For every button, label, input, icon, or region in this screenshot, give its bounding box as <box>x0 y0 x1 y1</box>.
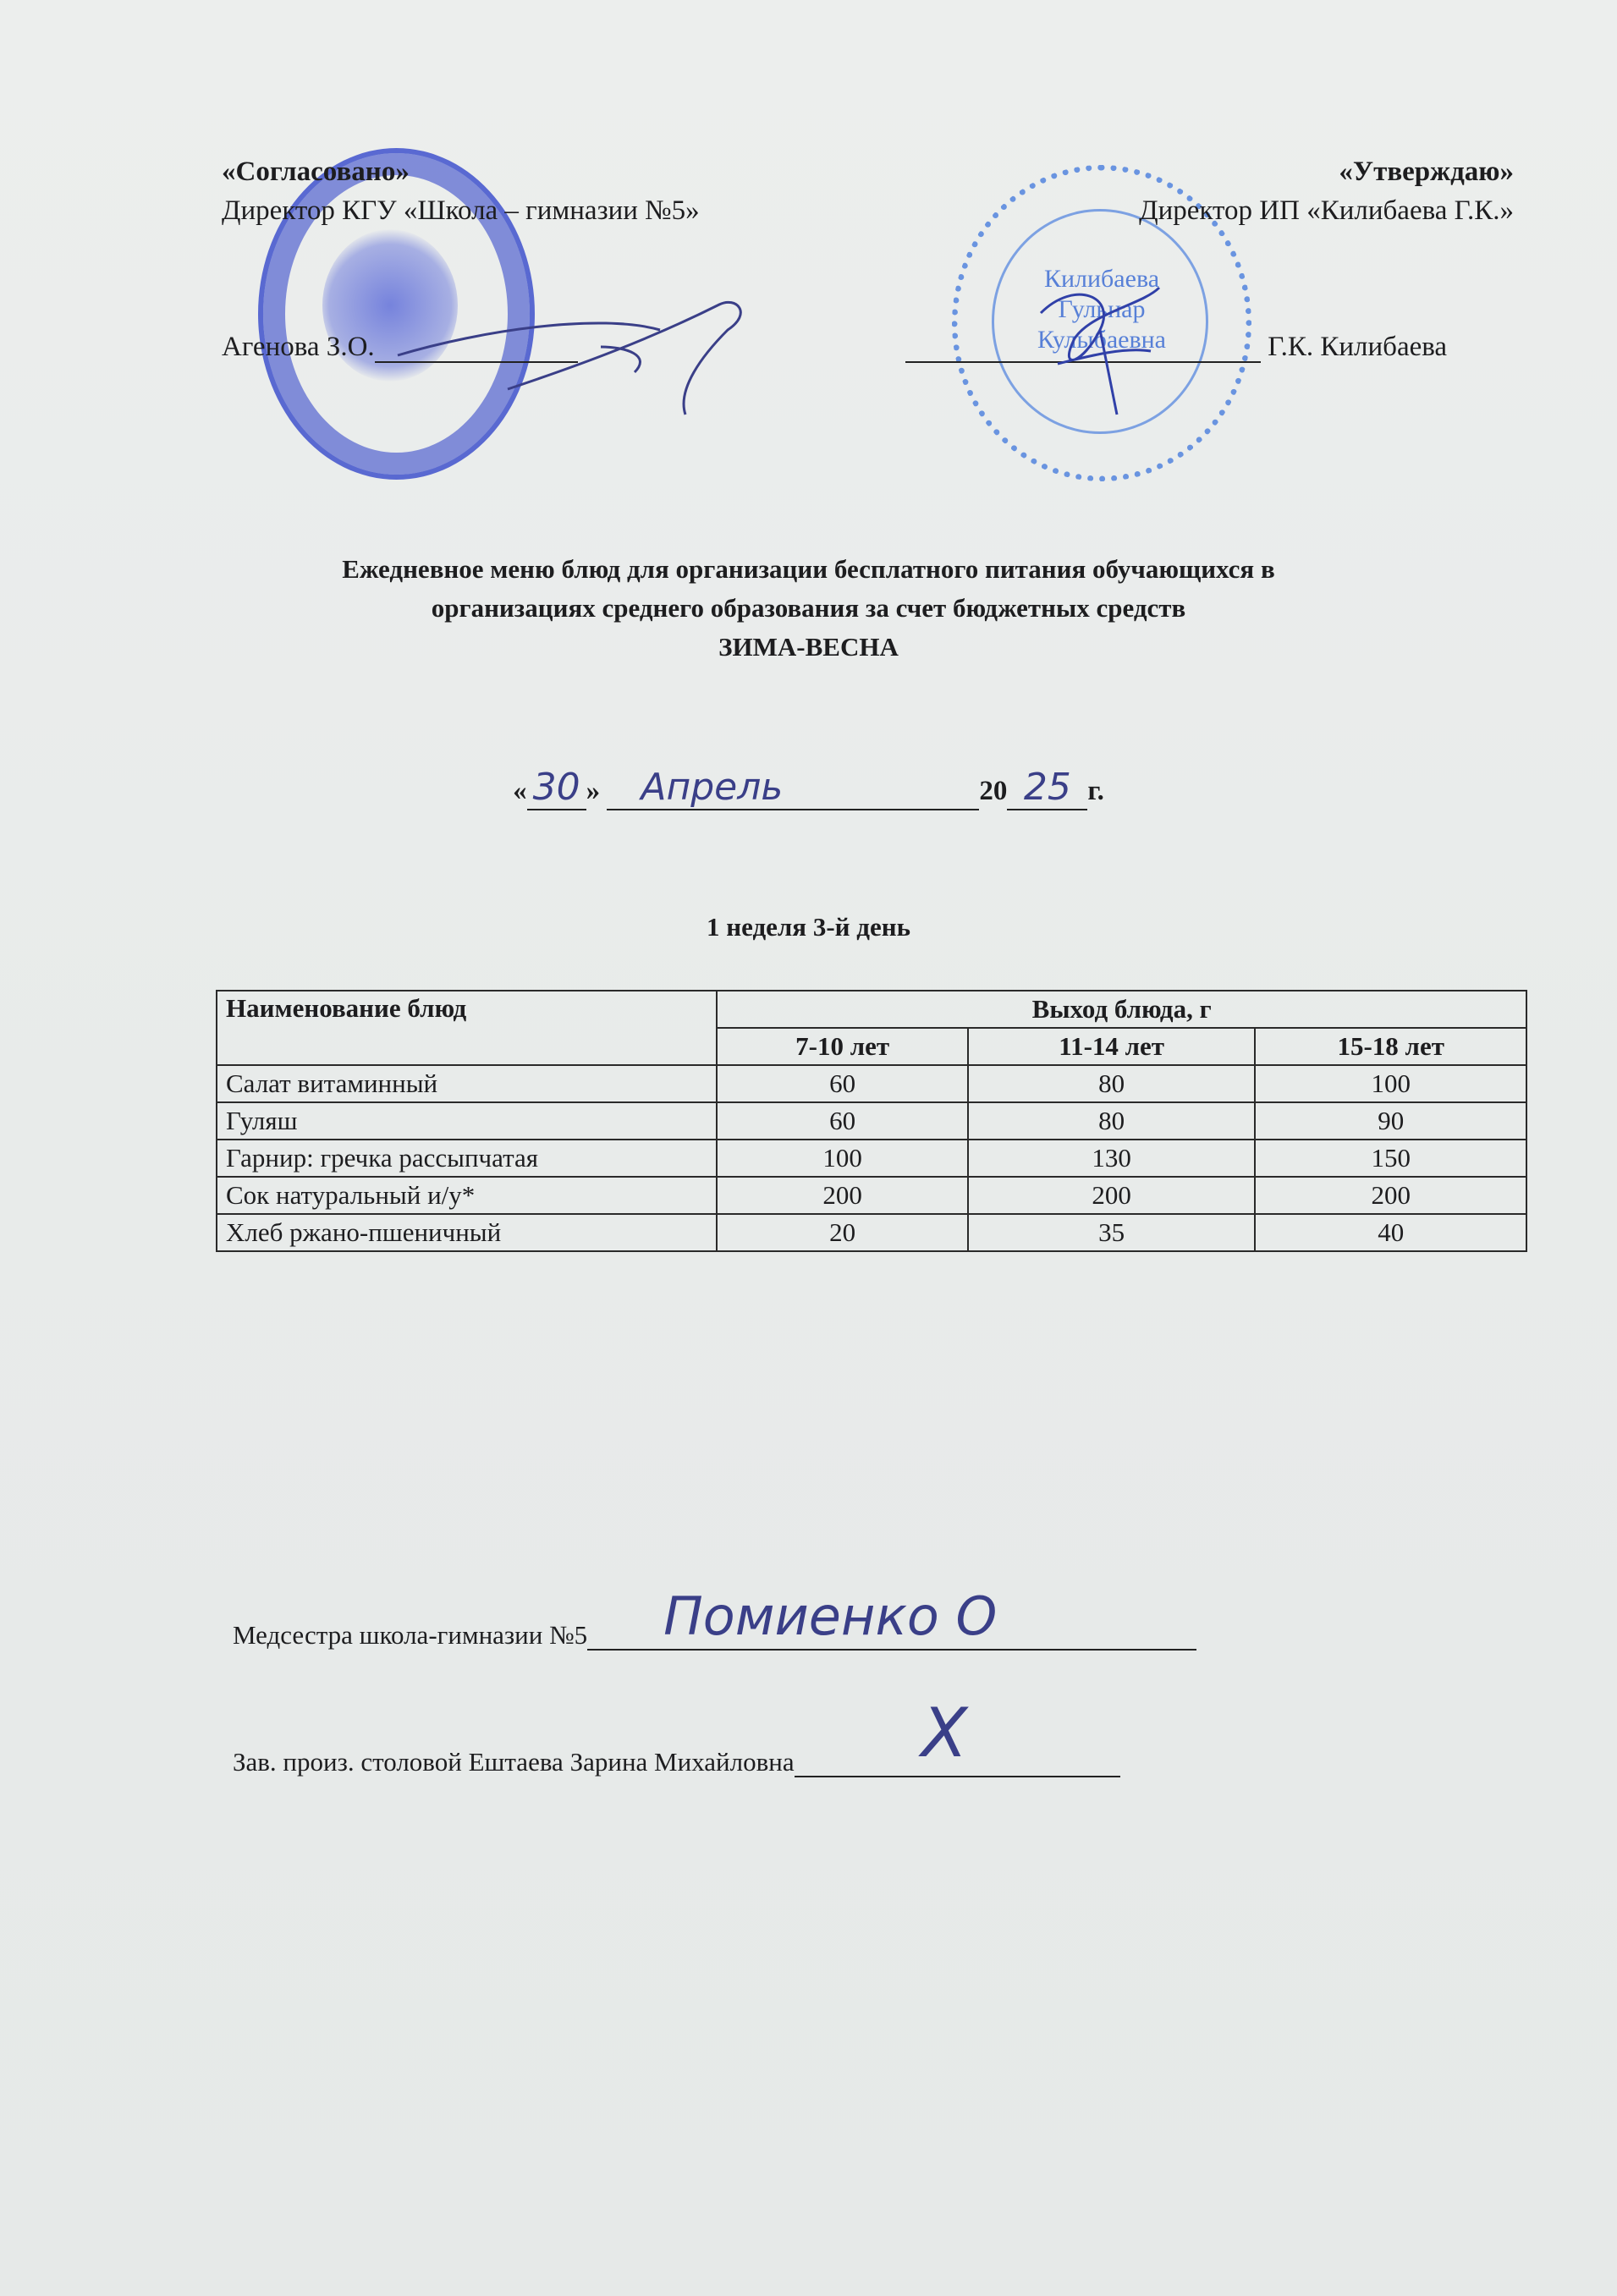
signature-underline: Х <box>795 1750 1120 1777</box>
yield-value: 60 <box>717 1102 968 1140</box>
approval-left-heading: «Согласовано» <box>222 152 700 191</box>
table-row: Салат витаминный6080100 <box>217 1065 1526 1102</box>
approval-left-signer: Агенова З.О. <box>222 332 375 362</box>
approval-right-position: Директор ИП «Килибаева Г.К.» <box>1139 191 1514 230</box>
approval-left: «Согласовано» Директор КГУ «Школа – гимн… <box>222 152 700 230</box>
column-header-yield: Выход блюда, г <box>717 991 1526 1028</box>
table-row: Сок натуральный и/у*200200200 <box>217 1177 1526 1214</box>
dish-name: Хлеб ржано-пшеничный <box>217 1214 717 1251</box>
nurse-handwritten-signature: Помиенко О <box>663 1585 997 1647</box>
menu-table: Наименование блюд Выход блюда, г 7-10 ле… <box>216 990 1527 1252</box>
date-line: «30» Апрель2025г. <box>0 766 1617 810</box>
yield-value: 150 <box>1255 1140 1526 1177</box>
document-title: Ежедневное меню блюд для организации бес… <box>0 550 1617 667</box>
dish-name: Гарнир: гречка рассыпчатая <box>217 1140 717 1177</box>
approval-right: «Утверждаю» Директор ИП «Килибаева Г.К.» <box>1139 152 1514 230</box>
column-header-dish: Наименование блюд <box>217 991 717 1065</box>
yield-value: 80 <box>968 1065 1256 1102</box>
week-day-label: 1 неделя 3-й день <box>0 912 1617 942</box>
date-month: Апрель <box>607 766 979 810</box>
column-header-age: 7-10 лет <box>717 1028 968 1065</box>
yield-value: 20 <box>717 1214 968 1251</box>
yield-value: 200 <box>1255 1177 1526 1214</box>
table-row: Хлеб ржано-пшеничный203540 <box>217 1214 1526 1251</box>
document-page: Килибаева Гульнар Кулыбаевна «Согласован… <box>0 0 1617 2296</box>
season-label: ЗИМА-ВЕСНА <box>0 628 1617 667</box>
signature-left-icon <box>381 296 762 423</box>
nurse-label: Медсестра школа-гимназии №5 <box>233 1620 587 1650</box>
yield-value: 100 <box>717 1140 968 1177</box>
yield-value: 90 <box>1255 1102 1526 1140</box>
yield-value: 80 <box>968 1102 1256 1140</box>
yield-value: 200 <box>968 1177 1256 1214</box>
signature-underline: Помиенко О <box>587 1623 1196 1651</box>
yield-value: 100 <box>1255 1065 1526 1102</box>
signature-right-icon <box>1024 279 1193 423</box>
nurse-signature-row: Медсестра школа-гимназии №5 Помиенко О <box>233 1620 1196 1651</box>
chef-signature-row: Зав. произ. столовой Ештаева Зарина Миха… <box>233 1747 1120 1777</box>
column-header-age: 11-14 лет <box>968 1028 1256 1065</box>
chef-handwritten-signature: Х <box>921 1694 968 1772</box>
dish-name: Сок натуральный и/у* <box>217 1177 717 1214</box>
dish-name: Гуляш <box>217 1102 717 1140</box>
dish-name: Салат витаминный <box>217 1065 717 1102</box>
yield-value: 130 <box>968 1140 1256 1177</box>
date-year: 25 <box>1007 766 1087 810</box>
date-day: 30 <box>527 766 586 810</box>
yield-value: 35 <box>968 1214 1256 1251</box>
chef-label: Зав. произ. столовой Ештаева Зарина Миха… <box>233 1747 795 1777</box>
table-row: Гарнир: гречка рассыпчатая100130150 <box>217 1140 1526 1177</box>
column-header-age: 15-18 лет <box>1255 1028 1526 1065</box>
approval-right-signer: Г.К. Килибаева <box>1268 332 1447 362</box>
yield-value: 60 <box>717 1065 968 1102</box>
yield-value: 40 <box>1255 1214 1526 1251</box>
table-row: Гуляш608090 <box>217 1102 1526 1140</box>
approval-left-position: Директор КГУ «Школа – гимназии №5» <box>222 191 700 230</box>
yield-value: 200 <box>717 1177 968 1214</box>
approval-right-heading: «Утверждаю» <box>1139 152 1514 191</box>
